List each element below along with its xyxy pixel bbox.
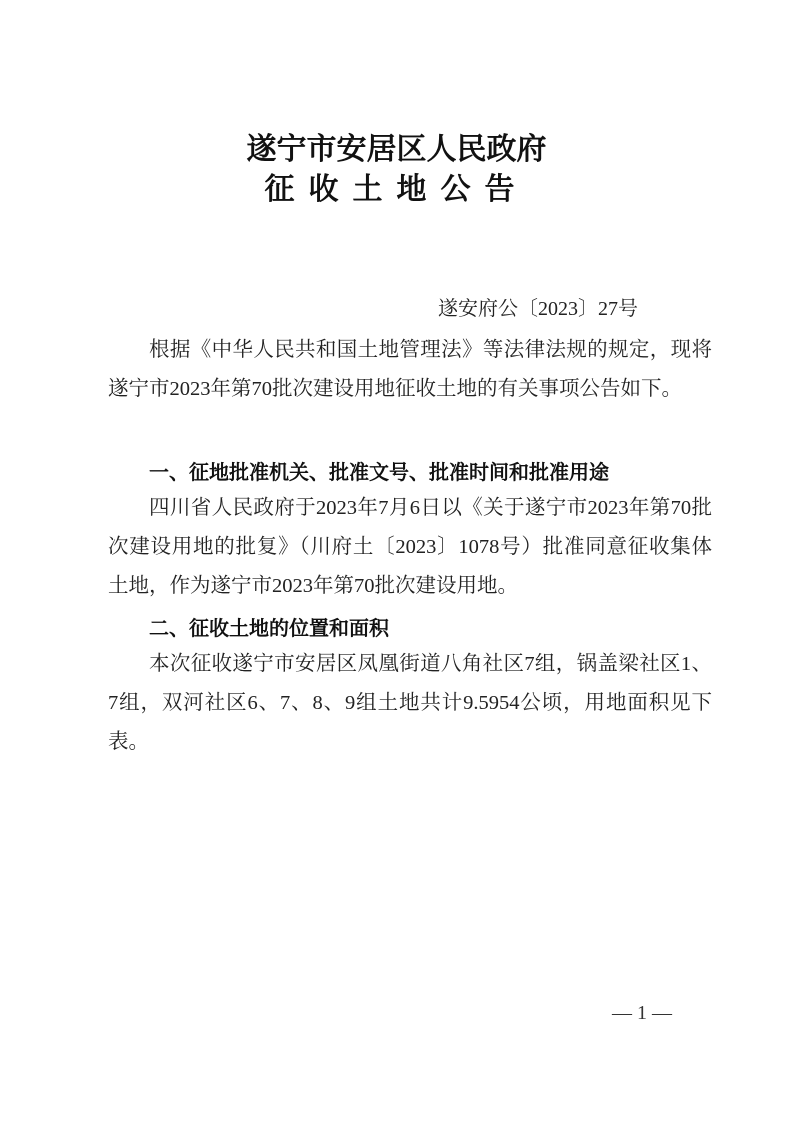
title-issuer: 遂宁市安居区人民政府 — [0, 124, 793, 168]
intro-paragraph: 根据《中华人民共和国土地管理法》等法律法规的规定，现将遂宁市2023年第70批次… — [108, 331, 712, 409]
section-heading-approval: 一、征地批准机关、批准文号、批准时间和批准用途 — [149, 456, 609, 485]
section-heading-location-area: 二、征收土地的位置和面积 — [149, 612, 389, 641]
document-number: 遂安府公〔2023〕27号 — [438, 292, 638, 321]
page-number: — 1 — — [612, 1002, 672, 1025]
section-body-approval: 四川省人民政府于2023年7月6日以《关于遂宁市2023年第70批次建设用地的批… — [108, 489, 712, 606]
title-notice: 征收土地公告 — [0, 164, 793, 208]
section-body-location-area: 本次征收遂宁市安居区凤凰街道八角社区7组，锅盖梁社区1、7组，双河社区6、7、8… — [108, 645, 712, 762]
document-page: 遂宁市安居区人民政府 征收土地公告 遂安府公〔2023〕27号 根据《中华人民共… — [0, 0, 793, 1122]
